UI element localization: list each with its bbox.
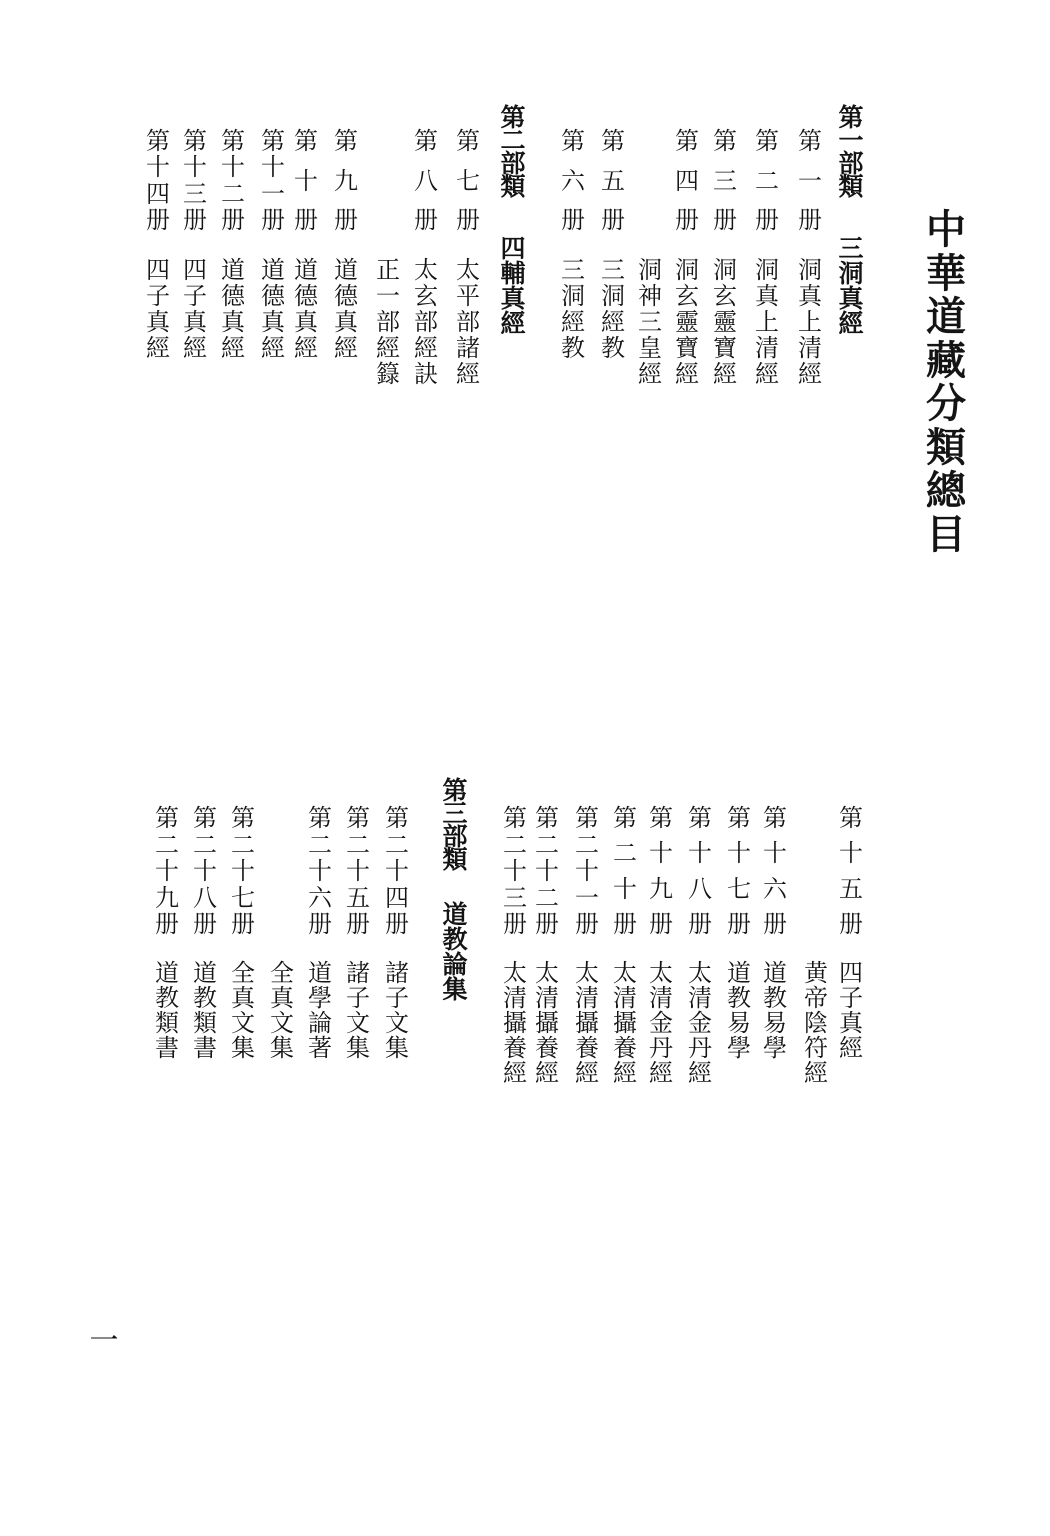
volume-label: 第三册 bbox=[707, 130, 743, 233]
volume-title: 四子真經 bbox=[177, 258, 213, 362]
category-title: 道教論集 bbox=[437, 903, 473, 1003]
volume-entry: 第二册 洞真上清經 bbox=[749, 105, 785, 445]
volume-entry: 第五册 三洞經教 bbox=[595, 105, 631, 445]
continuation-title: 洞神三皇經 bbox=[632, 258, 668, 388]
volume-title: 四子真經 bbox=[140, 258, 176, 362]
volume-label: 第二十一册 bbox=[569, 807, 605, 937]
category-header: 第二部類 四輔真經 bbox=[495, 105, 531, 445]
volume-entry: 第十二册 道德真經 bbox=[215, 105, 251, 445]
volume-label: 第二十四册 bbox=[379, 807, 415, 937]
volume-label: 第二十五册 bbox=[340, 807, 376, 937]
volume-title: 太清金丹經 bbox=[643, 962, 679, 1087]
folio-number: 一 bbox=[86, 1326, 122, 1356]
volume-label: 第二十三册 bbox=[497, 807, 533, 937]
volume-label: 第十册 bbox=[288, 130, 324, 233]
category-title: 四輔真經 bbox=[495, 237, 531, 337]
volume-label: 第八册 bbox=[408, 130, 444, 233]
continuation-entry: 黄帝陰符經 bbox=[798, 780, 834, 1120]
category-header: 第三部類 道教論集 bbox=[437, 780, 473, 1120]
volume-title: 道德真經 bbox=[255, 258, 291, 362]
continuation-entry: 正一部經籙 bbox=[370, 105, 406, 445]
volume-label: 第十三册 bbox=[177, 130, 213, 233]
volume-entry: 第十三册 四子真經 bbox=[177, 105, 213, 445]
volume-label: 第十六册 bbox=[757, 807, 793, 937]
volume-title: 太清攝養經 bbox=[607, 962, 643, 1087]
volume-entry: 第二十九册 道教類書 bbox=[149, 780, 185, 1120]
volume-label: 第二十八册 bbox=[187, 807, 223, 937]
volume-entry: 第八册 太玄部經訣 bbox=[408, 105, 444, 445]
volume-title: 道德真經 bbox=[288, 258, 324, 362]
volume-title: 太清攝養經 bbox=[497, 962, 533, 1087]
volume-label: 第四册 bbox=[669, 130, 705, 233]
volume-title: 道教易學 bbox=[757, 962, 793, 1062]
volume-entry: 第二十三册 太清攝養經 bbox=[497, 780, 533, 1120]
volume-title: 道教類書 bbox=[149, 962, 185, 1062]
continuation-title: 黄帝陰符經 bbox=[798, 962, 834, 1087]
volume-label: 第五册 bbox=[595, 130, 631, 233]
volume-entry: 第十八册 太清金丹經 bbox=[682, 780, 718, 1120]
continuation-title: 正一部經籙 bbox=[370, 258, 406, 388]
volume-title: 洞真上清經 bbox=[749, 258, 785, 388]
continuation-entry: 全真文集 bbox=[264, 780, 300, 1120]
volume-title: 太平部諸經 bbox=[450, 258, 486, 388]
volume-label: 第二十六册 bbox=[302, 807, 338, 937]
volume-title: 三洞經教 bbox=[555, 258, 591, 362]
volume-entry: 第九册 道德真經 bbox=[328, 105, 364, 445]
volume-entry: 第一册 洞真上清經 bbox=[792, 105, 828, 445]
volume-entry: 第十册 道德真經 bbox=[288, 105, 324, 445]
volume-title: 全真文集 bbox=[225, 962, 261, 1062]
continuation-title: 全真文集 bbox=[264, 962, 300, 1062]
category-label: 第一部類 bbox=[833, 107, 869, 199]
volume-title: 道德真經 bbox=[215, 258, 251, 362]
volume-entry: 第十七册 道教易學 bbox=[721, 780, 757, 1120]
volume-label: 第七册 bbox=[450, 130, 486, 233]
scanned-book-page: 中華道藏分類總目 第一部類 三洞真經 第一册 洞真上清經 第二册 洞真上清經 第… bbox=[0, 0, 1050, 1536]
contents-block-lower: 第十五册 四子真經 黄帝陰符經 第十六册 道教易學 第十七册 道教易學 第十八册… bbox=[0, 780, 1050, 1120]
volume-label: 第二十册 bbox=[607, 807, 643, 937]
volume-title: 太清攝養經 bbox=[529, 962, 565, 1087]
volume-entry: 第二十一册 太清攝養經 bbox=[569, 780, 605, 1120]
volume-entry: 第二十六册 道學論著 bbox=[302, 780, 338, 1120]
volume-entry: 第七册 太平部諸經 bbox=[450, 105, 486, 445]
volume-label: 第二册 bbox=[749, 130, 785, 233]
volume-label: 第十七册 bbox=[721, 807, 757, 937]
volume-label: 第十九册 bbox=[643, 807, 679, 937]
volume-label: 第九册 bbox=[328, 130, 364, 233]
volume-entry: 第四册 洞玄靈寶經 bbox=[669, 105, 705, 445]
volume-title: 道教類書 bbox=[187, 962, 223, 1062]
volume-entry: 第十九册 太清金丹經 bbox=[643, 780, 679, 1120]
volume-label: 第一册 bbox=[792, 130, 828, 233]
volume-entry: 第十四册 四子真經 bbox=[140, 105, 176, 445]
volume-title: 諸子文集 bbox=[340, 962, 376, 1062]
continuation-entry: 洞神三皇經 bbox=[632, 105, 668, 445]
volume-title: 三洞經教 bbox=[595, 258, 631, 362]
volume-title: 諸子文集 bbox=[379, 962, 415, 1062]
volume-entry: 第二十五册 諸子文集 bbox=[340, 780, 376, 1120]
category-label: 第二部類 bbox=[495, 107, 531, 199]
category-header: 第一部類 三洞真經 bbox=[833, 105, 869, 445]
volume-entry: 第十一册 道德真經 bbox=[255, 105, 291, 445]
volume-label: 第十五册 bbox=[833, 807, 869, 937]
volume-entry: 第二十四册 諸子文集 bbox=[379, 780, 415, 1120]
volume-entry: 第二十七册 全真文集 bbox=[225, 780, 261, 1120]
volume-entry: 第二十八册 道教類書 bbox=[187, 780, 223, 1120]
volume-title: 太玄部經訣 bbox=[408, 258, 444, 388]
volume-label: 第六册 bbox=[555, 130, 591, 233]
volume-title: 洞真上清經 bbox=[792, 258, 828, 388]
volume-title: 道德真經 bbox=[328, 258, 364, 362]
volume-title: 道學論著 bbox=[302, 962, 338, 1062]
category-title: 三洞真經 bbox=[833, 237, 869, 337]
volume-entry: 第二十二册 太清攝養經 bbox=[529, 780, 565, 1120]
volume-title: 太清攝養經 bbox=[569, 962, 605, 1087]
volume-label: 第二十二册 bbox=[529, 807, 565, 937]
volume-entry: 第三册 洞玄靈寶經 bbox=[707, 105, 743, 445]
volume-label: 第十一册 bbox=[255, 130, 291, 233]
volume-label: 第十二册 bbox=[215, 130, 251, 233]
volume-label: 第二十七册 bbox=[225, 807, 261, 937]
volume-title: 太清金丹經 bbox=[682, 962, 718, 1087]
category-label: 第三部類 bbox=[437, 780, 473, 872]
volume-title: 四子真經 bbox=[833, 962, 869, 1062]
volume-entry: 第二十册 太清攝養經 bbox=[607, 780, 643, 1120]
volume-label: 第十四册 bbox=[140, 130, 176, 233]
volume-entry: 第十五册 四子真經 bbox=[833, 780, 869, 1120]
volume-title: 洞玄靈寶經 bbox=[669, 258, 705, 388]
volume-label: 第十八册 bbox=[682, 807, 718, 937]
volume-title: 洞玄靈寶經 bbox=[707, 258, 743, 388]
contents-block-upper: 第一部類 三洞真經 第一册 洞真上清經 第二册 洞真上清經 第三册 洞玄靈寶經 … bbox=[0, 105, 1050, 445]
volume-title: 道教易學 bbox=[721, 962, 757, 1062]
volume-label: 第二十九册 bbox=[149, 807, 185, 937]
volume-entry: 第六册 三洞經教 bbox=[555, 105, 591, 445]
volume-entry: 第十六册 道教易學 bbox=[757, 780, 793, 1120]
